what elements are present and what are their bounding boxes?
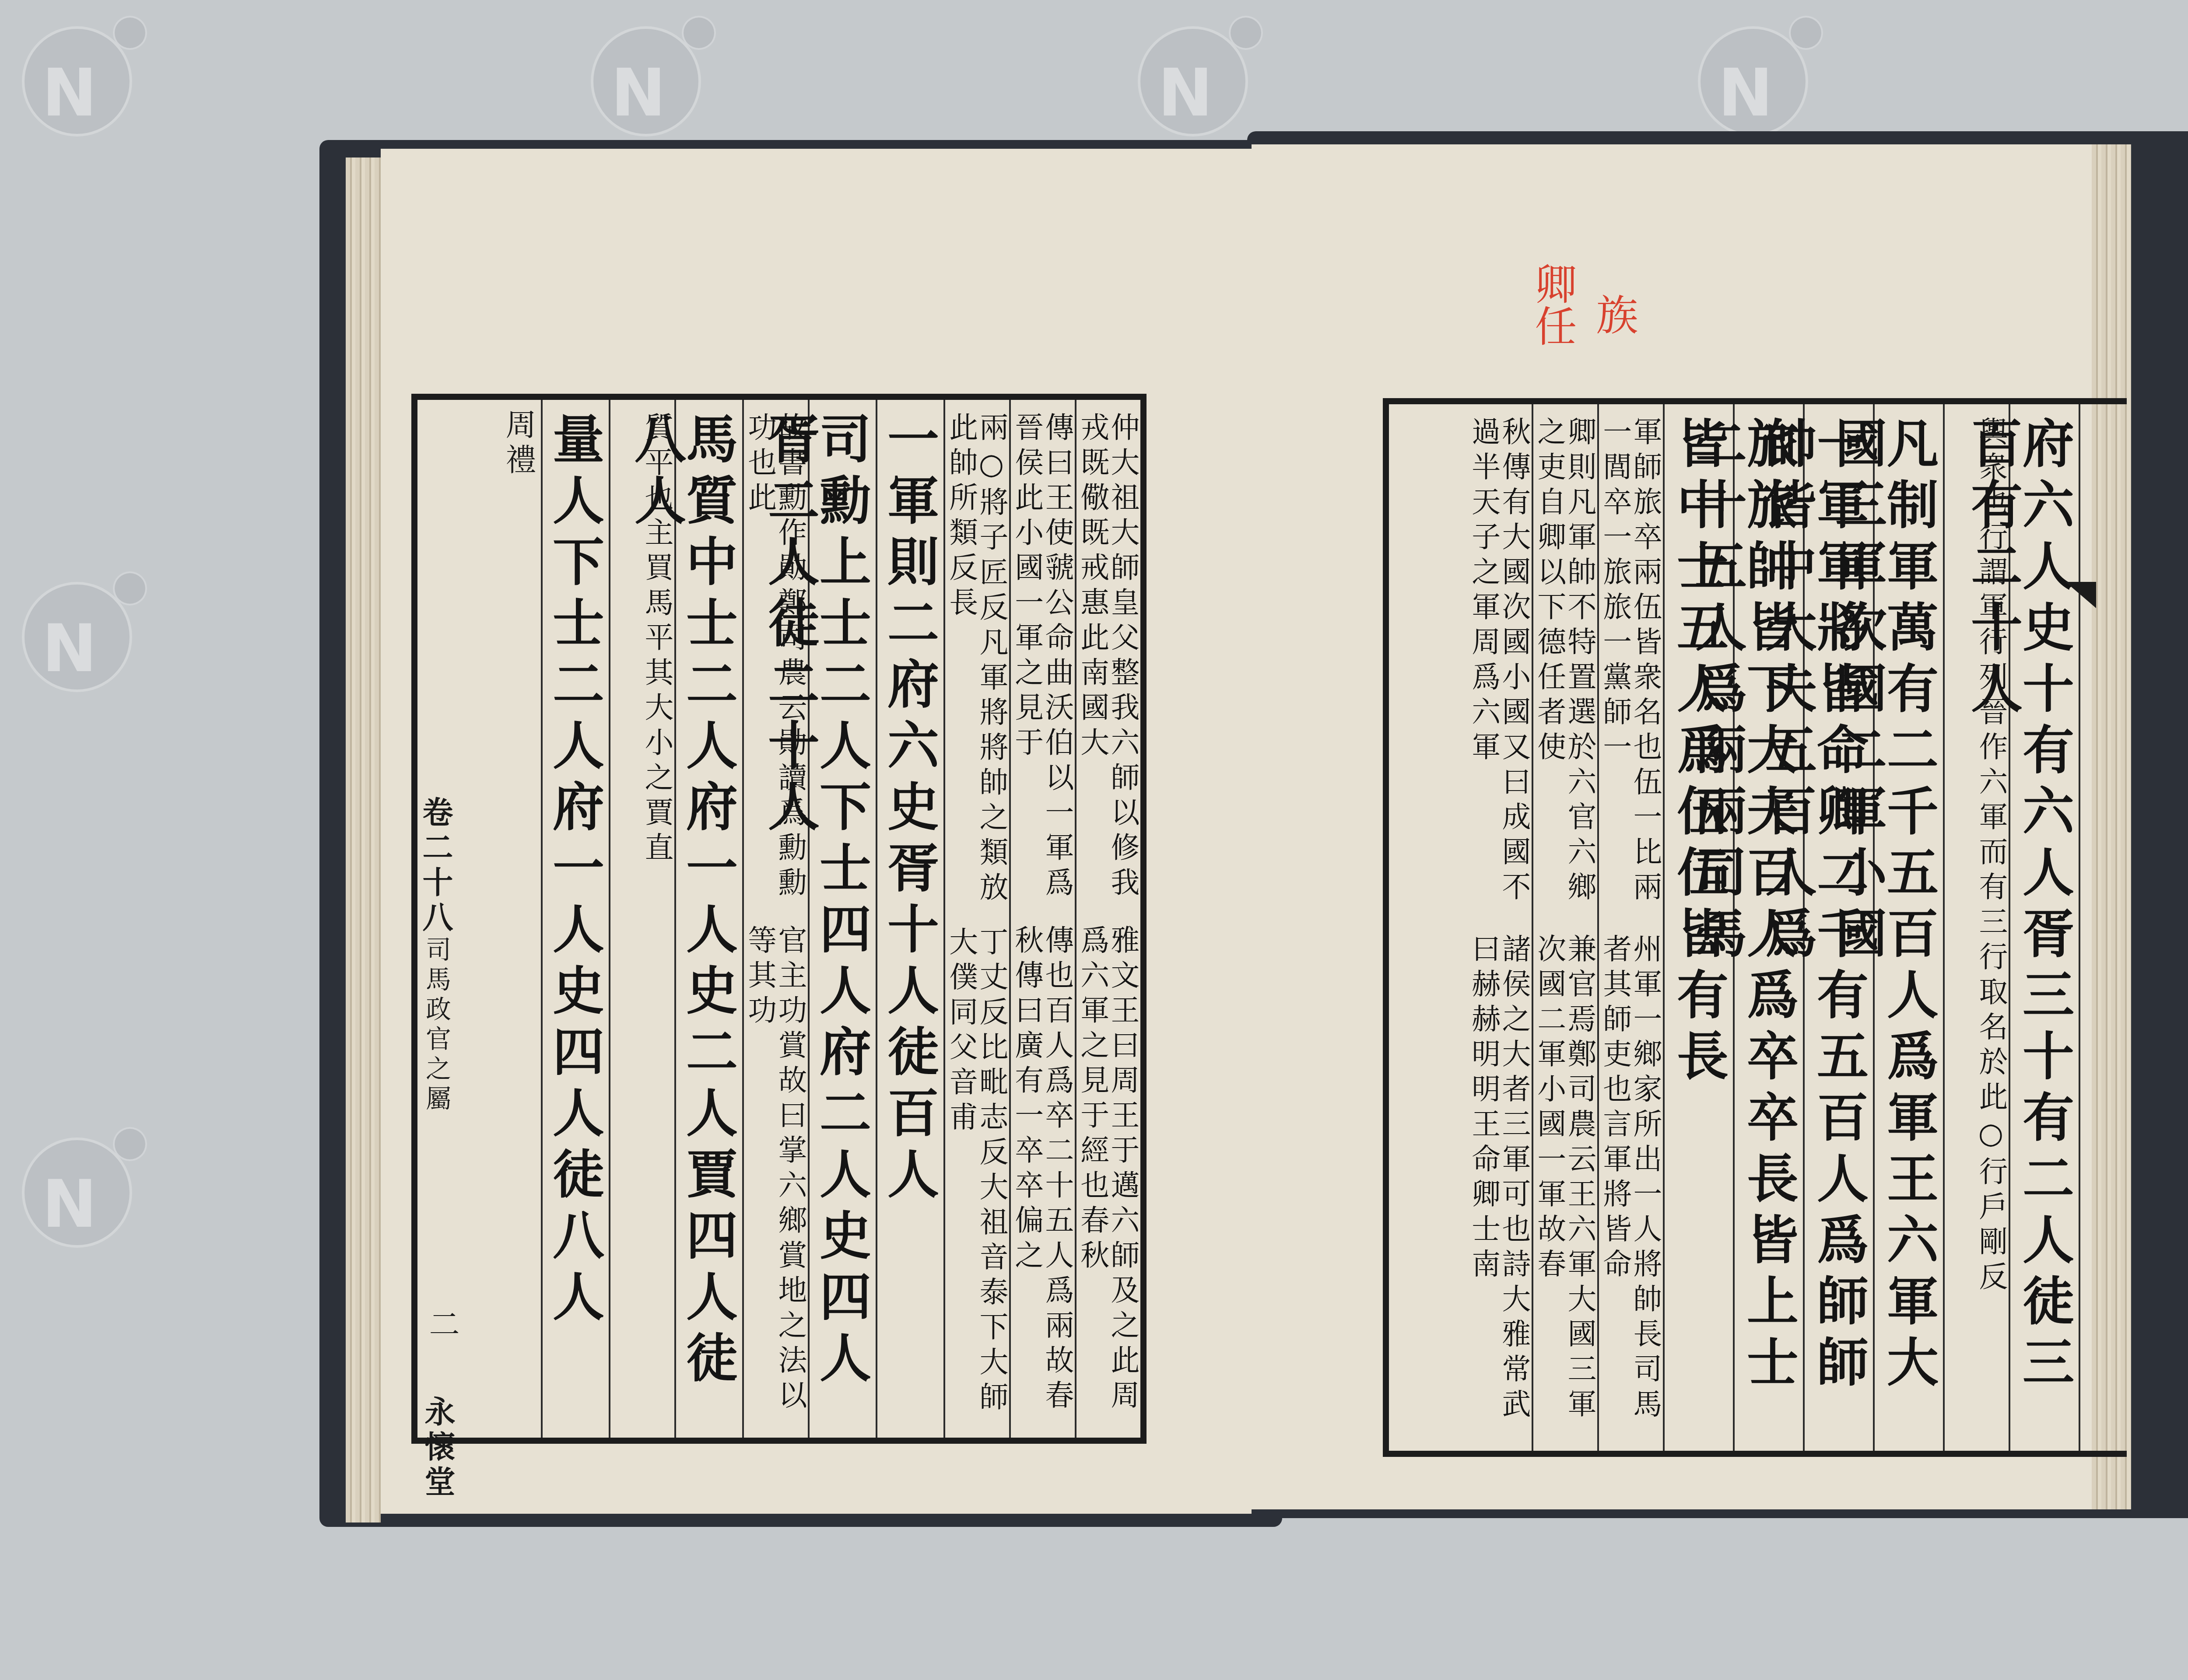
gloss-column: 質平也主買馬平其大小之賈直 [609,400,674,1438]
main-text-column: 府六人史十有六人胥三十有二人徒三百有二十人 [2009,404,2079,1451]
nishogakusha-logo-icon: N [1138,26,1248,136]
right-page: 卿任 族 府六人史十有六人胥三十有二人徒三百有二十人 輿衆也行謂軍行列晉作六軍而… [1252,144,2092,1509]
fishtail-mark [2065,582,2096,608]
nishogakusha-logo-icon: N [1698,26,1808,136]
left-page-frame: 仲大祖大師皇父整我六師以修我戎既儆既戒惠此南國大雅文王曰周王于邁六師及之此周爲六… [411,394,1147,1444]
left-page-columns: 仲大祖大師皇父整我六師以修我戎既儆既戒惠此南國大雅文王曰周王于邁六師及之此周爲六… [417,400,1140,1438]
book-title: 周禮 [493,409,541,479]
right-page-frame: 府六人史十有六人胥三十有二人徒三百有二十人 輿衆也行謂軍行列晉作六軍而有三行取名… [1383,398,2127,1457]
gloss-column: 軍師旅卒兩伍皆衆名也伍一比兩一閭卒一旅旅一黨師一州軍一鄉家所出一人將帥長司馬者其… [1597,404,1663,1451]
nishogakusha-logo-icon: N [591,26,701,136]
main-text-column: 司勳上士二人下士四人府二人史四人胥二人徒二十人 [808,400,876,1438]
main-text-column: 一軍則二府六史胥十人徒百人 [876,400,943,1438]
block-center-margin: 周禮 [493,400,541,1438]
main-text-column: 馬質中士二人府一人史二人賈四人徒八人 [674,400,742,1438]
main-text-column: 量人下士二人府一人史四人徒八人 [541,400,609,1438]
gloss-column: 卿則凡軍帥不特置選於六官六鄉之吏自卿以下德任者使兼官焉鄭司農云王六軍大國三軍次國… [1532,404,1597,1451]
page-edges-left [346,157,381,1522]
red-annotation: 卿任 [1523,262,1583,346]
nishogakusha-logo-icon: N [22,1137,132,1248]
left-page: 仲大祖大師皇父整我六師以修我戎既儆既戒惠此南國大雅文王曰周王于邁六師及之此周爲六… [381,149,1252,1514]
gloss-column: 秋傳有大國次國小國又曰成國不過半天子之軍周爲六軍諸侯之大者三軍可也詩大雅常武曰赫… [1466,404,1532,1451]
section-label: 司馬政官之屬 [418,936,455,1115]
red-annotation: 族 [1584,293,1644,335]
block-center-margin [2079,404,2127,1451]
right-page-columns: 府六人史十有六人胥三十有二人徒三百有二十人 輿衆也行謂軍行列晉作六軍而有三行取名… [1389,404,2127,1451]
leaf-number: 二 [420,1308,464,1343]
gloss-column: 仲大祖大師皇父整我六師以修我戎既儆既戒惠此南國大雅文王曰周王于邁六師及之此周爲六… [1075,400,1140,1438]
nishogakusha-logo-icon: N [22,582,132,692]
nishogakusha-logo-icon: N [22,26,132,136]
gloss-column: 兩○將子匠反凡軍將將帥之類放此帥所類反長丁丈反比毗志反大祖音泰下大師大僕同父音甫 [943,400,1009,1438]
main-text-column: 凡制軍萬有二千五百人爲軍王六軍大國三軍次國二軍小國 [1873,404,1943,1451]
volume-label: 卷二十八 [414,796,458,936]
publisher-mark: 永懷堂 [416,1396,460,1501]
gloss-column: 傳曰王使虢公命曲沃伯以一軍爲晉侯此小國一軍之見于傳也百人爲卒二十五人爲兩故春秋傳… [1009,400,1075,1438]
